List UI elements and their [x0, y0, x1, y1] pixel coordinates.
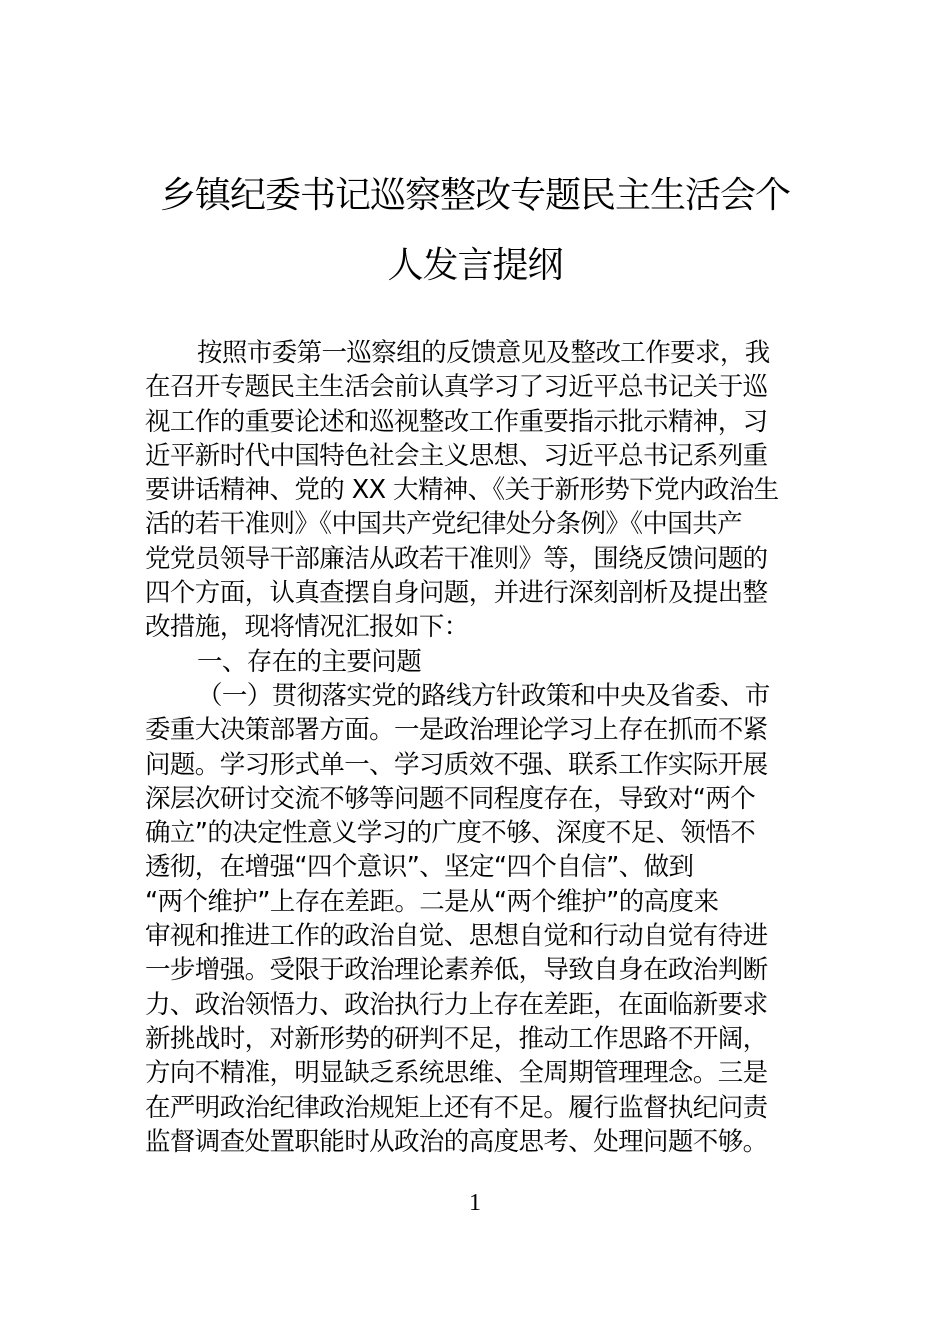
section-heading: 一、存在的主要问题 [145, 645, 810, 679]
page-number: 1 [0, 1190, 950, 1217]
document-title-line-1: 乡镇纪委书记巡察整改专题民主生活会个 [140, 172, 810, 220]
body-line: 一步增强。受限于政治理论素养低，导致自身在政治判断 [145, 953, 810, 987]
body-line: 改措施，现将情况汇报如下： [145, 610, 810, 644]
body-line: 四个方面，认真查摆自身问题，并进行深刻剖析及提出整 [145, 576, 810, 610]
body-line: 透彻，在增强“四个意识”、坚定“四个自信”、做到 [145, 850, 810, 884]
body-line: 深层次研讨交流不够等问题不同程度存在，导致对“两个 [145, 782, 810, 816]
body-line: 在召开专题民主生活会前认真学习了习近平总书记关于巡 [145, 370, 810, 404]
body-line: 新挑战时，对新形势的研判不足，推动工作思路不开阔， [145, 1022, 810, 1056]
document-body: 按照市委第一巡察组的反馈意见及整改工作要求，我 在召开专题民主生活会前认真学习了… [145, 336, 810, 1159]
body-line: 活的若干准则》《中国共产党纪律处分条例》《中国共产 [145, 507, 810, 541]
body-line: 党党员领导干部廉洁从政若干准则》等，围绕反馈问题的 [145, 542, 810, 576]
body-line: 近平新时代中国特色社会主义思想、习近平总书记系列重 [145, 439, 810, 473]
body-line: 在严明政治纪律政治规矩上还有不足。履行监督执纪问责 [145, 1091, 810, 1125]
document-page: 乡镇纪委书记巡察整改专题民主生活会个 人发言提纲 按照市委第一巡察组的反馈意见及… [0, 0, 950, 1344]
body-line: 委重大决策部署方面。一是政治理论学习上存在抓而不紧 [145, 713, 810, 747]
body-line: 问题。学习形式单一、学习质效不强、联系工作实际开展 [145, 748, 810, 782]
body-line: 视工作的重要论述和巡视整改工作重要指示批示精神，习 [145, 405, 810, 439]
body-line: 按照市委第一巡察组的反馈意见及整改工作要求，我 [145, 336, 810, 370]
body-line: 力、政治领悟力、政治执行力上存在差距，在面临新要求 [145, 988, 810, 1022]
body-line: 审视和推进工作的政治自觉、思想自觉和行动自觉有待进 [145, 919, 810, 953]
subsection-heading: （一）贯彻落实党的路线方针政策和中央及省委、市 [145, 679, 810, 713]
body-line: 确立”的决定性意义学习的广度不够、深度不足、领悟不 [145, 816, 810, 850]
document-title-line-2: 人发言提纲 [140, 242, 810, 290]
body-line: 方向不精准，明显缺乏系统思维、全周期管理理念。三是 [145, 1056, 810, 1090]
body-line: 要讲话精神、党的 XX 大精神、《关于新形势下党内政治生 [145, 473, 810, 507]
body-line: “两个维护”上存在差距。二是从“两个维护”的高度来 [145, 885, 810, 919]
body-line: 监督调查处置职能时从政治的高度思考、处理问题不够。 [145, 1125, 810, 1159]
